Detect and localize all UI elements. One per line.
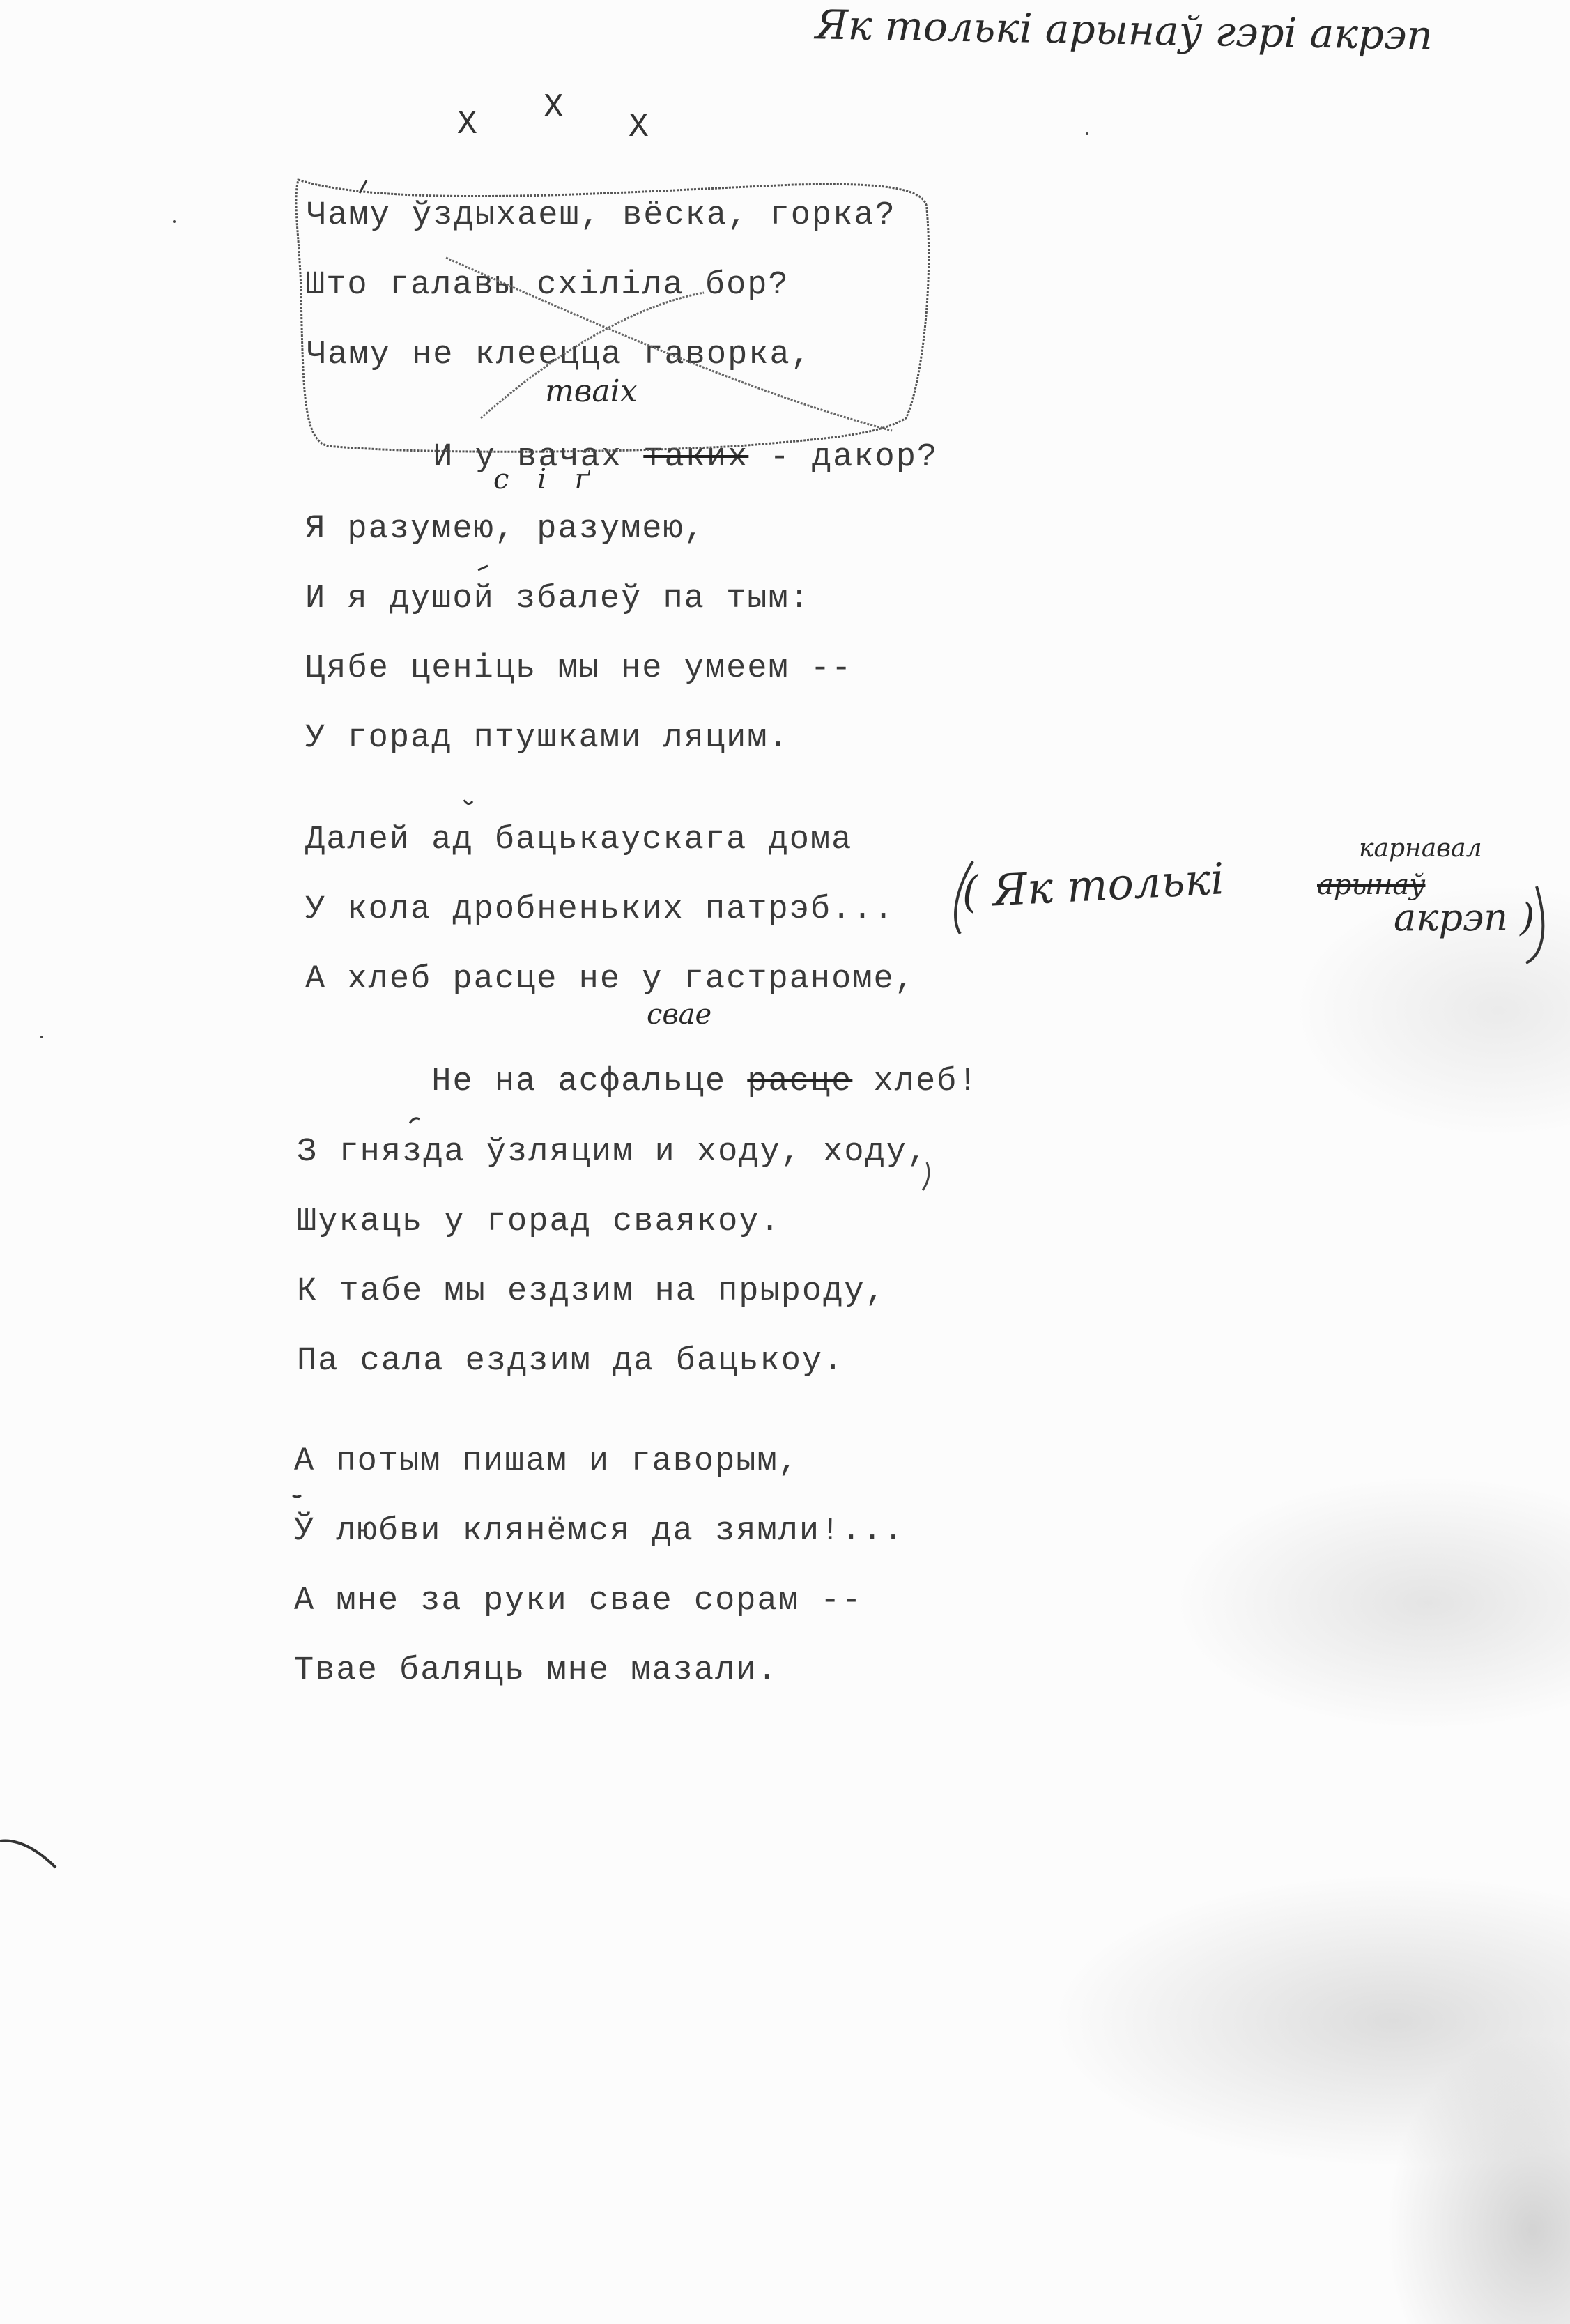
line-text: Не на асфальце [431, 1063, 747, 1100]
diacritic-mark [293, 1495, 301, 1497]
diacritic-mark [464, 800, 472, 804]
line-text: хлеб! [852, 1063, 978, 1100]
line-text: - дакор? [748, 439, 938, 476]
heading-mark: X [629, 109, 649, 146]
struck-word: таких [643, 439, 748, 476]
poem-line: Шукаць у горад сваякоу. [297, 1206, 781, 1238]
struck-word: расце [747, 1063, 852, 1100]
poem-line: А потым пишам и гаворым, [294, 1445, 799, 1478]
scanned-page: Як толькі арынаў гэрі акрэп X X X Чаму ў… [0, 0, 1570, 2324]
poem-line: Я разумею, разумею, [305, 513, 705, 546]
diacritic-mark [478, 566, 488, 570]
side-note-insert: карнавал [1359, 836, 1482, 861]
poem-line: А мне за руки свае сорам -- [294, 1585, 863, 1617]
poem-line: У кола дробненьких патрэб... [305, 893, 895, 926]
side-note-text: ( Як толькі [961, 857, 1226, 914]
poem-line: И я душой збалеў па тым: [305, 583, 810, 615]
poem-line: Твае баляць мне мазали. [294, 1654, 778, 1687]
side-note-text: акрэп ) [1394, 899, 1534, 937]
inserted-word: свае [647, 1001, 711, 1029]
poem-line: Цябе ценіць мы не умеем -- [305, 652, 852, 685]
poem-line: Па сала ездзим да бацькоу. [297, 1345, 844, 1378]
diacritic-mark [360, 180, 367, 193]
poem-line: Далей ад бацькаускага дома [305, 824, 852, 856]
poem-line: У горад птушками ляцим. [305, 722, 790, 755]
stray-mark [40, 1036, 43, 1038]
poem-line: И у вачах таких - дакор? [307, 408, 938, 507]
poem-line: Што галавы схіліла бор? [305, 269, 790, 302]
heading-mark: X [544, 89, 564, 127]
poem-line: А хлеб расце не у гастраноме, [305, 963, 916, 996]
inserted-word: тваіх [545, 376, 637, 407]
stray-mark [173, 220, 176, 223]
stray-mark [1086, 132, 1088, 135]
poem-line: Чаму не клеецца гаворка, [307, 339, 812, 371]
poem-line: З гнязда ўзляцим и ходу, ходу, [297, 1136, 928, 1169]
poem-line: Не на асфальце расце хлеб! [305, 1033, 979, 1131]
margin-mark: с і ґ [493, 465, 599, 493]
poem-line: Чаму ўздыхаеш, вёска, горка? [307, 199, 896, 232]
top-handwritten-note: Як толькі арынаў гэрі акрэп [815, 4, 1433, 55]
heading-mark: X [457, 106, 477, 144]
side-note-struck: арынаў [1317, 871, 1425, 899]
edge-arc-mark [0, 1841, 56, 1868]
poem-line: К табе мы ездзим на прыроду, [297, 1275, 886, 1308]
poem-line: Ў любви клянёмся да зямли!... [294, 1515, 905, 1548]
